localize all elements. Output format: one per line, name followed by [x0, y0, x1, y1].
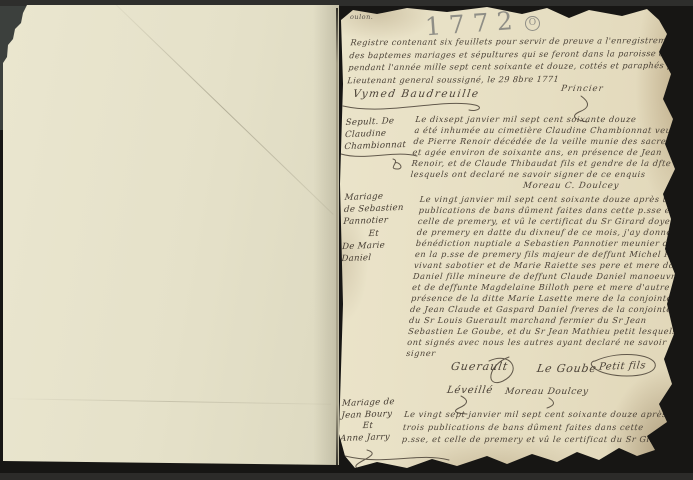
record-line: Le vingt janvier mil sept cent soixante …	[419, 194, 693, 205]
record-line: ont signés avec nous les autres ayant de…	[407, 337, 693, 348]
margin-line: Jean Boury	[341, 409, 394, 422]
witness-signature-legoube: Le Goube	[536, 362, 598, 375]
witness-signature-guerault: Guerault	[450, 360, 509, 373]
record-line: Sebastien Le Goube, et du Sr Jean Mathie…	[408, 326, 693, 337]
signature-underline-flourish	[343, 103, 479, 110]
left-blank-page	[3, 5, 339, 465]
record-line: Le dixsept janvier mil sept cent soixant…	[415, 114, 693, 125]
marriage-record-text-2: Le vingt sept janvier mil sept cent soix…	[401, 408, 672, 446]
record-line: de Jean Claude et Gaspard Daniel freres …	[410, 304, 693, 315]
record-line: publications de bans dûment faites dans …	[418, 205, 693, 216]
record-line: et de deffunte Magdelaine Billoth pere e…	[412, 282, 693, 293]
register-title-paragraph: Registre contenant six feuillets pour se…	[347, 34, 693, 87]
header-line: pendant l'année mille sept cent soixante…	[348, 59, 693, 74]
record-line: présence de la ditte Marie Lasette mere …	[411, 293, 693, 304]
boury-entry-flourish	[345, 450, 449, 472]
marriage-record-text: Le vingt janvier mil sept cent soixante …	[406, 194, 693, 359]
record-line: signer	[406, 348, 693, 359]
record-line: et agée environ de soixante ans, en prés…	[412, 147, 693, 158]
witness-signature-leveille: Léveillé	[446, 385, 494, 396]
record-line: Le vingt sept janvier mil sept cent soix…	[404, 408, 673, 421]
record-line: Daniel fille mineure de deffunt Claude D…	[413, 271, 693, 282]
margin-line: Daniel	[341, 251, 401, 265]
record-line: Renoir, et de Claude Thibaudat fils et g…	[411, 158, 693, 169]
witness-signature-petitfils: Petit fils	[598, 360, 646, 373]
record-line: trois publications de bans dûment faites…	[402, 421, 671, 434]
moreau-paraph	[547, 398, 554, 408]
paper-crease-horizontal	[9, 398, 331, 405]
record-line: vivant sabotier et de Marie Raiette ses …	[413, 260, 693, 271]
header-line: Lieutenant general soussigné, le 29 8bre…	[347, 72, 693, 87]
record-line: p.sse, et celle de premery et vû le cert…	[401, 433, 670, 446]
record-line: de premery en datte du dixneuf de ce moi…	[416, 227, 693, 238]
archival-corner-note: oulon.	[350, 13, 373, 21]
lieutenant-signature: Vymed Baudreuille	[352, 88, 480, 100]
margin-line: Chambionnat	[344, 139, 406, 153]
record-line: celle de premery, et vû le certificat du…	[417, 216, 693, 227]
chambionnat-underline	[341, 154, 417, 169]
register-scan-photo: oulon. 1772 O Registre contenant six feu…	[0, 0, 693, 480]
paper-crease-diagonal	[114, 3, 334, 215]
burial-record-text: Le dixsept janvier mil sept cent soixant…	[410, 114, 693, 180]
scan-frame-bottom	[0, 473, 693, 480]
right-manuscript-page: oulon. 1772 O Registre contenant six feu…	[337, 4, 681, 472]
record-line: a été inhumée au cimetière Claudine Cham…	[414, 125, 693, 136]
record-line: du Sr Louis Guerault marchand fermier du…	[409, 315, 693, 326]
margin-note-marriage-pannotier: Mariage de Sebastien Pannotier Et De Mar…	[341, 190, 405, 265]
binding-seam	[336, 8, 338, 468]
circled-letter-mark: O	[525, 16, 540, 31]
priest-signature: Moreau C. Doulcey	[522, 181, 619, 191]
record-line: lesquels ont declaré ne savoir signer de…	[410, 169, 692, 180]
greffier-signature: Princier	[560, 84, 604, 94]
record-line: de Pierre Renoir décédée de la veille mu…	[413, 136, 693, 147]
record-line: bénédiction nuptiale a Sebastien Pannoti…	[415, 238, 693, 249]
margin-note-marriage-boury: Mariage de Jean Boury Et Anne Jarry	[340, 397, 395, 445]
margin-note-burial-chambionnat: Sepult. De Claudine Chambionnat	[344, 115, 408, 154]
record-line: en la p.sse de premery fils majeur de de…	[414, 249, 693, 260]
margin-line: Anne Jarry	[340, 432, 393, 445]
priest-signature-moreau: Moreau Doulcey	[504, 387, 589, 397]
